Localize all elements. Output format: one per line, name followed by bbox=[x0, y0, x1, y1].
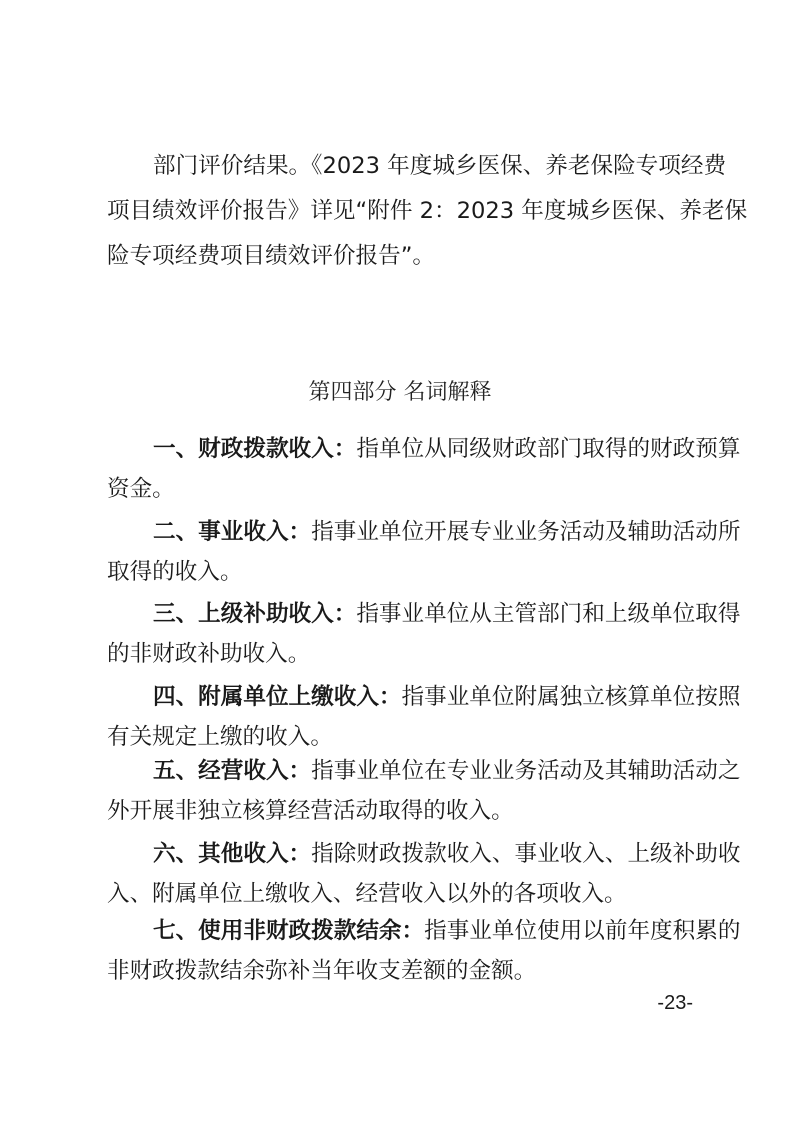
term-definition-continued: 取得的收入。 bbox=[107, 552, 693, 592]
term-label: 五、经营收入： bbox=[153, 758, 311, 784]
intro-paragraph-line: 险专项经费项目绩效评价报告”。 bbox=[107, 236, 693, 276]
term-label: 一、财政拨款收入： bbox=[153, 436, 356, 462]
term-label: 四、附属单位上缴收入： bbox=[153, 684, 402, 710]
term-definition-continued: 外开展非独立核算经营活动取得的收入。 bbox=[107, 791, 693, 831]
term-text: 指单位从同级财政部门取得的财政预算 bbox=[356, 436, 740, 462]
term-definition-continued: 资金。 bbox=[107, 469, 693, 509]
term-label: 六、其他收入： bbox=[153, 841, 311, 867]
term-definition: 四、附属单位上缴收入：指事业单位附属独立核算单位按照 bbox=[107, 677, 693, 717]
term-label: 二、事业收入： bbox=[153, 519, 311, 545]
intro-paragraph-line: 项目绩效评价报告》详见“附件 2：2023 年度城乡医保、养老保 bbox=[107, 191, 693, 231]
term-text: 指事业单位使用以前年度积累的 bbox=[424, 918, 740, 944]
section-heading: 第四部分 名词解释 bbox=[107, 373, 693, 413]
term-text: 指事业单位从主管部门和上级单位取得 bbox=[356, 601, 740, 627]
term-definition: 一、财政拨款收入：指单位从同级财政部门取得的财政预算 bbox=[107, 429, 693, 469]
term-definition: 七、使用非财政拨款结余：指事业单位使用以前年度积累的 bbox=[107, 911, 693, 951]
intro-paragraph-line: 部门评价结果。《2023 年度城乡医保、养老保险专项经费 bbox=[107, 146, 693, 186]
page-number: -23- bbox=[657, 988, 693, 1018]
term-definition: 三、上级补助收入：指事业单位从主管部门和上级单位取得 bbox=[107, 594, 693, 634]
term-definition-continued: 非财政拨款结余弥补当年收支差额的金额。 bbox=[107, 951, 693, 991]
term-definition: 五、经营收入：指事业单位在专业业务活动及其辅助活动之 bbox=[107, 751, 693, 791]
term-definition-continued: 的非财政补助收入。 bbox=[107, 634, 693, 674]
term-label: 三、上级补助收入： bbox=[153, 601, 356, 627]
term-definition-continued: 入、附属单位上缴收入、经营收入以外的各项收入。 bbox=[107, 874, 693, 914]
term-definition: 六、其他收入：指除财政拨款收入、事业收入、上级补助收 bbox=[107, 834, 693, 874]
term-label: 七、使用非财政拨款结余： bbox=[153, 918, 424, 944]
term-definition: 二、事业收入：指事业单位开展专业业务活动及辅助活动所 bbox=[107, 512, 693, 552]
term-text: 指事业单位附属独立核算单位按照 bbox=[402, 684, 741, 710]
term-text: 指除财政拨款收入、事业收入、上级补助收 bbox=[311, 841, 740, 867]
term-text: 指事业单位在专业业务活动及其辅助活动之 bbox=[311, 758, 740, 784]
term-text: 指事业单位开展专业业务活动及辅助活动所 bbox=[311, 519, 740, 545]
